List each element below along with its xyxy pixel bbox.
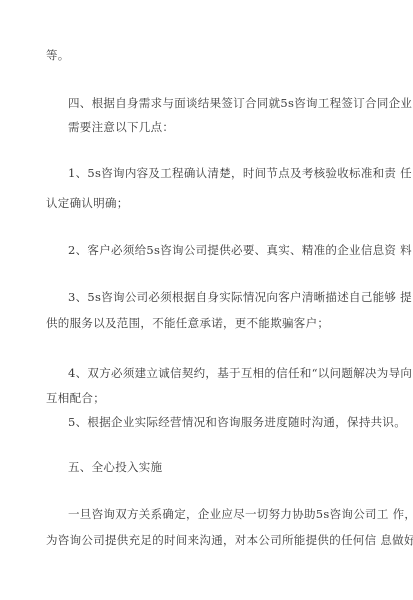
text-line: 为咨询公司提供充足的时间来沟通，对本公司所能提供的任何信 息做好 — [46, 533, 413, 547]
text-line: 等。 — [46, 48, 70, 62]
text-line: 认定确认明确； — [46, 196, 129, 210]
text-line: 需要注意以下几点： — [68, 120, 174, 134]
text-line: 2、客户必须给5s咨询公司提供必要、真实、精准的企业信息资 料； — [68, 243, 413, 257]
text-line: 五、全心投入实施 — [68, 460, 162, 474]
text-line: 1、5s咨询内容及工程确认清楚，时间节点及考核验收标准和责 任 — [68, 166, 412, 180]
text-line: 5、根据企业实际经营情况和咨询服务进度随时沟通，保持共识。 — [68, 415, 406, 429]
text-line: 四、根据自身需求与面谈结果签订合同就5s咨询工程签订合同企业 — [68, 96, 412, 110]
text-line: 4、双方必须建立诚信契约，基于互相的信任和“以问题解决为导向” — [68, 366, 413, 380]
text-line: 供的服务以及范围，不能任意承诺，更不能欺骗客户； — [46, 316, 329, 330]
text-line: 3、5s咨询公司必须根据自身实际情况向客户清晰描述自己能够 提 — [68, 290, 412, 304]
text-line: 一旦咨询双方关系确定，企业应尽一切努力协助5s咨询公司工 作， — [68, 507, 413, 521]
text-line: 互相配合； — [46, 391, 105, 405]
